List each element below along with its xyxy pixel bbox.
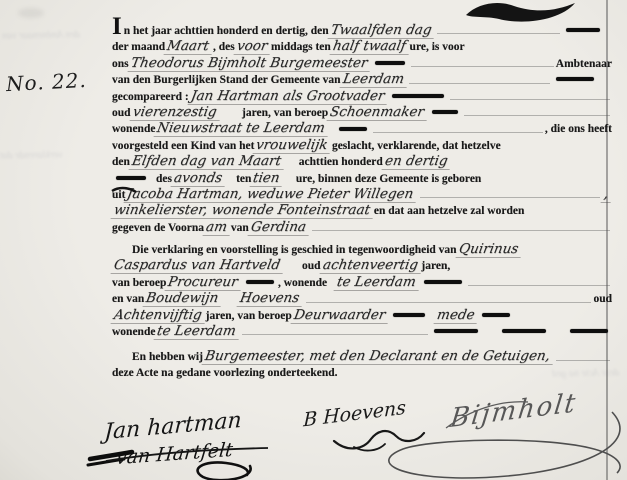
rule-line [312,230,610,231]
handwritten-text: Jan Hartman als Grootvader [187,88,389,105]
dropcap-initial: I [112,22,122,32]
form-line: van beroep Procureur, wonende te Leerdam [112,274,612,290]
form-line: En hebben wij Burgemeester, met den Decl… [112,348,612,364]
handwritten-text: mede [433,307,479,324]
handwritten-text: Procureur [165,274,244,291]
printed-text: En hebben wij [132,349,203,365]
handwritten-text: Burgemeester, met den Declarant en de Ge… [201,348,555,365]
printed-text: den [112,154,130,170]
printed-text: middags ten [271,39,331,55]
ink-dash [482,313,510,317]
printed-text: en van [112,291,144,307]
form-line: wonende Nieuwstraat te Leerdam, die ons … [112,120,612,136]
handwritten-text: Leerdam [339,71,409,88]
printed-text: jaren, van beroep [206,308,292,324]
form-line: van den Burgerlijken Stand der Gemeente … [112,71,612,87]
printed-text: deze Acte na gedane voorlezing onderteek… [112,365,338,381]
printed-text: ure, binnen deze Gemeente is geboren [296,171,481,187]
form-line: Die verklaring en voorstelling is geschi… [112,241,612,257]
handwritten-text: te Leerdam [334,274,422,291]
printed-text: des [156,171,172,187]
handwritten-text: Hoevens [237,290,305,307]
bleedthrough-text: verklarende dat [0,149,63,161]
handwritten-text: winkelierster, wonende Fonteinstraat [110,202,375,219]
ink-smudge [18,8,44,18]
handwritten-text: Quirinus [455,241,523,258]
printed-text: jaren, van beroep [242,105,328,121]
handwritten-text: achtenveertig [319,257,423,274]
act-body: In het jaar achttien honderd en dertig, … [112,22,612,381]
printed-text: ons [112,56,129,72]
form-line: Caspardus van Hartveldoud achtenveertig … [112,257,612,273]
signature-bijmholt: Bijmholt [449,388,579,434]
form-line: den Elfden dag van Maartachttien honderd… [112,153,612,169]
signature-van-hartfelt: van Hartfelt [115,439,234,469]
handwritten-text: am [202,219,232,236]
ink-dash [393,313,425,317]
form-line: deze Acte na gedane voorlezing onderteek… [112,365,612,381]
ink-dash [556,77,594,81]
printed-text: , die ons heeft [545,121,612,137]
handwritten-text: Caspardus van Hartveld [110,257,285,274]
printed-text: wonende [112,121,155,137]
rule-line [373,132,543,133]
ink-dash [566,28,600,32]
printed-text: geslacht, verklarende, dat hetzelve [332,138,501,154]
printed-text: , wonende [278,275,327,291]
printed-text: der maand [112,39,165,55]
form-line: des avondsten tienure, binnen deze Gemee… [112,170,612,186]
printed-text: gecompareerd : [112,89,189,105]
ink-dash [392,94,444,98]
handwritten-text: Twaalfden dag [327,22,437,39]
handwritten-text: Gerdina [247,219,311,236]
form-line: der maand Maart , des voor middags ten h… [112,38,612,54]
printed-text: n het jaar achttien honderd en dertig, d… [124,23,329,39]
handwritten-text: avonds [170,170,227,187]
printed-text: , des [213,39,235,55]
form-line: oud vierenzestigjaren, van beroep Schoen… [112,104,612,120]
handwritten-text: te Leerdam [154,323,242,340]
handwritten-text: Achtenvijftig [110,307,207,324]
ink-dash [570,329,608,333]
handwritten-text: Elfden dag van Maart [128,153,286,170]
ink-dash [424,280,462,284]
rule-line [464,115,610,116]
handwritten-text: vrouwelijk [253,137,334,154]
printed-text: van beroep [112,275,166,291]
printed-text: en dat aan hetzelve zal worden [374,203,524,219]
rule-line [242,334,428,335]
printed-text: van den Burgerlijken Stand der Gemeente … [112,72,341,88]
handwritten-text: tien [250,170,286,187]
form-line: en van BoudewijnHoevensoud [112,290,612,306]
handwritten-text: Deurwaarder [290,307,390,324]
top-ink-swash [466,3,575,22]
handwritten-text: Boudewijn [143,290,224,307]
ink-dash [502,329,546,333]
handwritten-text: half twaalf [329,38,411,55]
rule-line [468,285,610,286]
act-number: No. 22. [5,68,87,96]
bleedthrough-text: den Ambtenaar van [2,29,80,41]
printed-text: ure, is voor [410,39,465,55]
printed-text: Ambtenaar [556,56,612,72]
handwritten-text: , [600,186,613,203]
printed-text: gegeven de Voorna [112,220,204,236]
printed-text: van [231,220,249,236]
rule-line [450,99,610,100]
form-line: winkelierster, wonende Fonteinstraat en … [112,202,612,218]
ink-dash [246,280,274,284]
form-line: Achtenvijftig jaren, van beroep Deurwaar… [112,307,612,323]
ink-dash [375,61,405,65]
handwritten-text: en dertig [381,153,453,170]
handwritten-text: voor [233,38,272,55]
form-line: In het jaar achttien honderd en dertig, … [112,22,612,38]
form-line: uit Jacoba Hartman, weduwe Pieter Willeg… [112,186,612,202]
printed-text: oud [112,105,131,121]
form-line: wonende te Leerdam [112,323,612,339]
rule-line [420,197,600,198]
ink-dash [432,110,458,114]
printed-text: jaren, [421,258,450,274]
rule-line [411,66,554,67]
handwritten-text: vierenzestig [129,104,222,121]
ink-dash [339,127,367,131]
ink-dash [434,329,478,333]
form-line: gegeven de Voornaam van Gerdina [112,219,612,235]
form-line: gecompareerd : Jan Hartman als Grootvade… [112,88,612,104]
printed-text: oud [302,258,321,274]
handwritten-text: Maart [164,38,215,55]
handwritten-text: Jacoba Hartman, weduwe Pieter Willegen [124,186,419,203]
handwritten-text: Schoenmaker [327,104,430,121]
ink-dash [116,176,146,180]
printed-text: voorgesteld een Kind van het [112,138,254,154]
printed-text: achttien honderd [299,154,383,170]
printed-text: oud [593,291,612,307]
rule-line [556,360,610,361]
handwritten-text: Nieuwstraat te Leerdam [154,120,331,137]
rule-line [409,83,550,84]
form-line: voorgesteld een Kind van het vrouwelijk … [112,137,612,153]
rule-line [437,33,560,34]
printed-text: wonende [112,324,155,340]
form-line: ons Theodorus Bijmholt BurgemeesterAmbte… [112,55,612,71]
signature-b-hoevens: B Hoevens [303,397,406,432]
scanned-birth-certificate: den Ambtenaar van verklarende dat deze A… [0,0,627,480]
rule-line [306,302,592,303]
handwritten-text: Theodorus Bijmholt Burgemeester [127,55,372,72]
